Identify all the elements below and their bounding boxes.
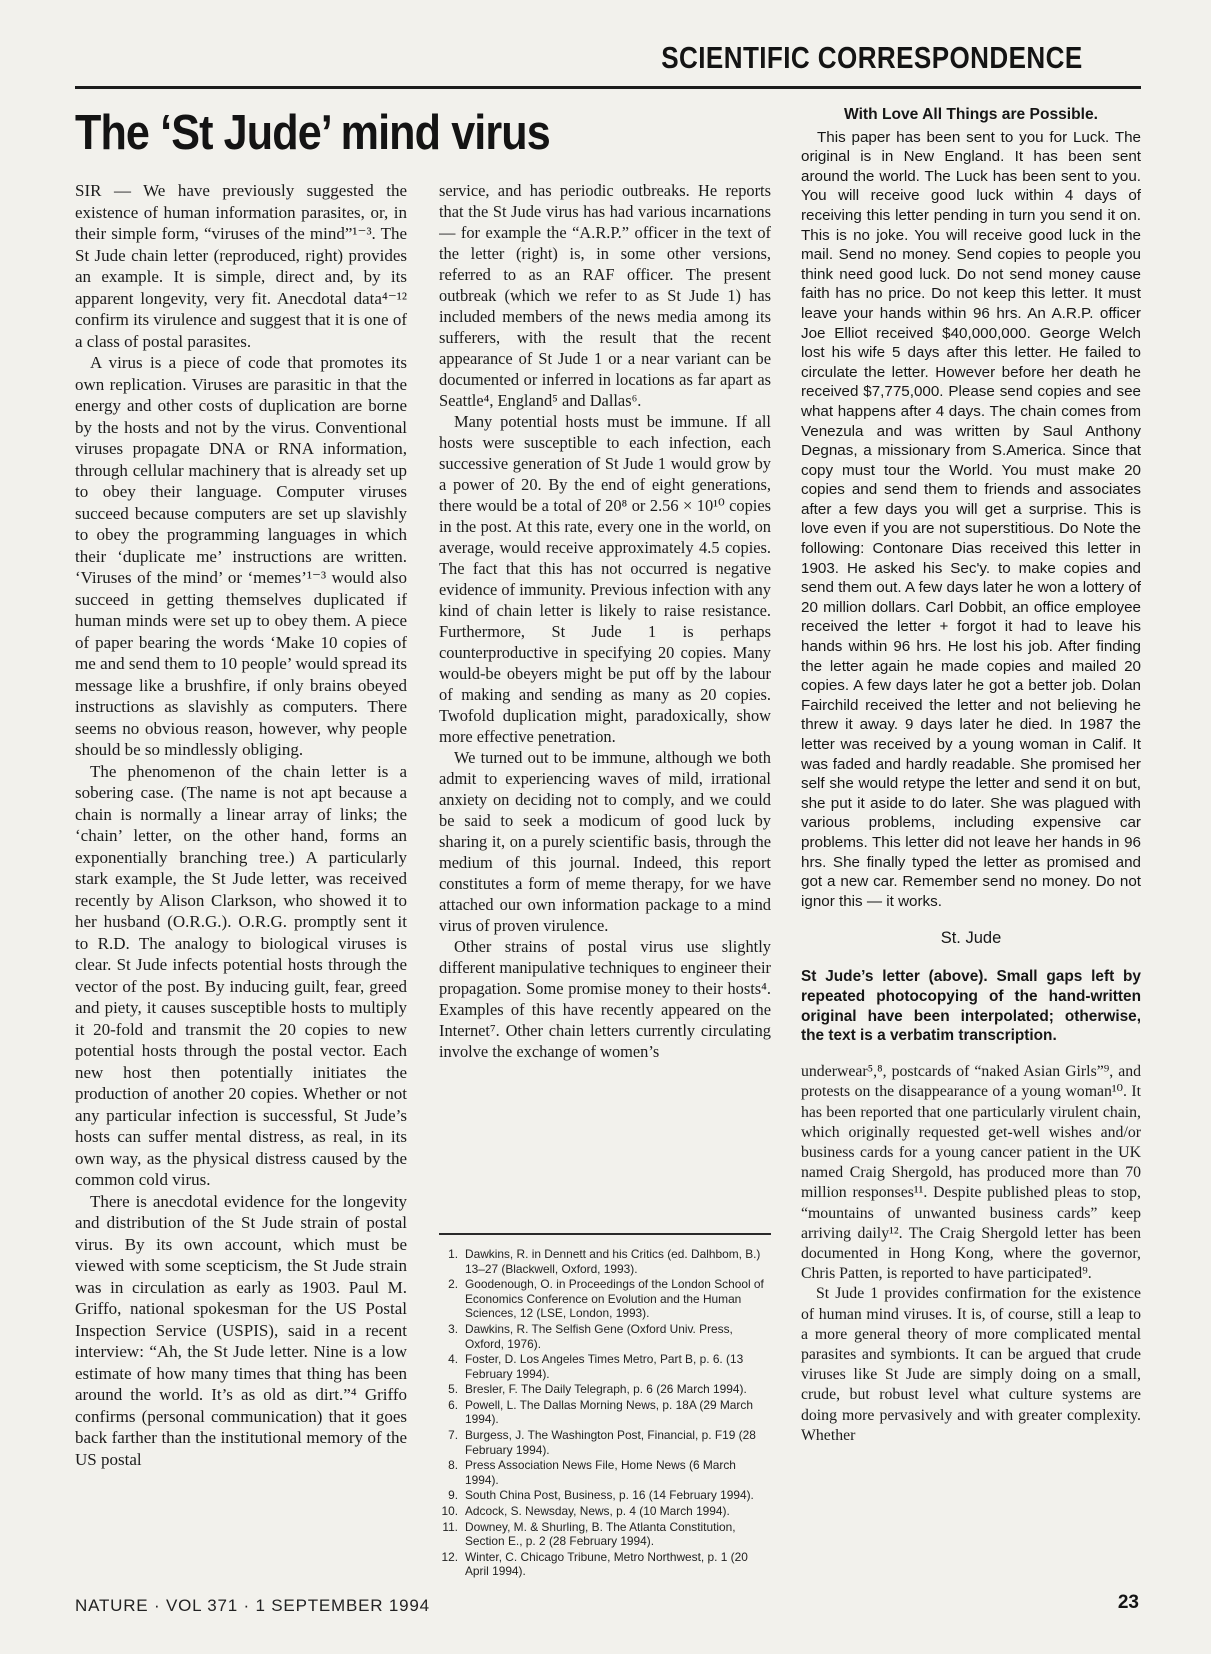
- letter-heading: With Love All Things are Possible.: [801, 105, 1141, 125]
- references-section: 1.Dawkins, R. in Dennett and his Critics…: [439, 1215, 771, 1580]
- reference-number: 6.: [439, 1398, 465, 1427]
- page-number: 23: [1118, 1592, 1139, 1614]
- reference-item: 1.Dawkins, R. in Dennett and his Critics…: [439, 1247, 771, 1276]
- reference-text: Foster, D. Los Angeles Times Metro, Part…: [465, 1352, 771, 1381]
- section-header: SCIENTIFIC CORRESPONDENCE: [662, 40, 1083, 76]
- reference-item: 8.Press Association News File, Home News…: [439, 1458, 771, 1487]
- reference-number: 11.: [439, 1520, 465, 1549]
- reference-item: 2.Goodenough, O. in Proceedings of the L…: [439, 1277, 771, 1321]
- reference-number: 1.: [439, 1247, 465, 1276]
- references-list: 1.Dawkins, R. in Dennett and his Critics…: [439, 1247, 771, 1579]
- column-3-body: underwear⁵,⁸, postcards of “naked Asian …: [801, 1062, 1141, 1446]
- reference-number: 3.: [439, 1322, 465, 1351]
- body-paragraph: underwear⁵,⁸, postcards of “naked Asian …: [801, 1062, 1141, 1284]
- reference-item: 3.Dawkins, R. The Selfish Gene (Oxford U…: [439, 1322, 771, 1351]
- reference-number: 5.: [439, 1382, 465, 1397]
- letter-signature: St. Jude: [801, 929, 1141, 949]
- reference-text: Burgess, J. The Washington Post, Financi…: [465, 1428, 771, 1457]
- reference-number: 2.: [439, 1277, 465, 1321]
- article-left-area: The ‘St Jude’ mind virus SIR — We have p…: [75, 103, 771, 1603]
- reference-text: Downey, M. & Shurling, B. The Atlanta Co…: [465, 1520, 771, 1549]
- body-paragraph: SIR — We have previously suggested the e…: [75, 180, 407, 352]
- reference-text: Dawkins, R. in Dennett and his Critics (…: [465, 1247, 771, 1276]
- reference-item: 9.South China Post, Business, p. 16 (14 …: [439, 1488, 771, 1503]
- column-3: With Love All Things are Possible. This …: [801, 103, 1141, 1603]
- body-paragraph: Many potential hosts must be immune. If …: [439, 411, 771, 747]
- journal-page: SCIENTIFIC CORRESPONDENCE The ‘St Jude’ …: [0, 0, 1211, 1654]
- column-2: service, and has periodic outbreaks. He …: [439, 180, 771, 1580]
- letter-caption: St Jude’s letter (above). Small gaps lef…: [801, 967, 1141, 1046]
- body-paragraph: A virus is a piece of code that promotes…: [75, 352, 407, 761]
- reference-text: Dawkins, R. The Selfish Gene (Oxford Uni…: [465, 1322, 771, 1351]
- letter-body: This paper has been sent to you for Luck…: [801, 128, 1141, 912]
- column-1: SIR — We have previously suggested the e…: [75, 180, 407, 1580]
- reference-item: 11.Downey, M. & Shurling, B. The Atlanta…: [439, 1520, 771, 1549]
- reference-text: Goodenough, O. in Proceedings of the Lon…: [465, 1277, 771, 1321]
- page-content: The ‘St Jude’ mind virus SIR — We have p…: [75, 103, 1141, 1603]
- body-paragraph: Other strains of postal virus use slight…: [439, 936, 771, 1062]
- body-paragraph: The phenomenon of the chain letter is a …: [75, 761, 407, 1191]
- article-columns: SIR — We have previously suggested the e…: [75, 180, 771, 1580]
- reference-number: 4.: [439, 1352, 465, 1381]
- masthead: SCIENTIFIC CORRESPONDENCE: [75, 40, 1141, 76]
- reference-text: Bresler, F. The Daily Telegraph, p. 6 (2…: [465, 1382, 771, 1397]
- reference-item: 5.Bresler, F. The Daily Telegraph, p. 6 …: [439, 1382, 771, 1397]
- reference-number: 12.: [439, 1550, 465, 1579]
- footer-journal-line: NATURE · VOL 371 · 1 SEPTEMBER 1994: [75, 1596, 430, 1616]
- body-paragraph: St Jude 1 provides confirmation for the …: [801, 1284, 1141, 1446]
- reference-text: South China Post, Business, p. 16 (14 Fe…: [465, 1488, 771, 1503]
- article-title: The ‘St Jude’ mind virus: [75, 109, 687, 158]
- reference-number: 7.: [439, 1428, 465, 1457]
- reference-item: 4.Foster, D. Los Angeles Times Metro, Pa…: [439, 1352, 771, 1381]
- reference-text: Winter, C. Chicago Tribune, Metro Northw…: [465, 1550, 771, 1579]
- reference-item: 10.Adcock, S. Newsday, News, p. 4 (10 Ma…: [439, 1504, 771, 1519]
- reference-number: 9.: [439, 1488, 465, 1503]
- header-rule: [75, 86, 1141, 89]
- body-paragraph: There is anecdotal evidence for the long…: [75, 1191, 407, 1471]
- reference-item: 12.Winter, C. Chicago Tribune, Metro Nor…: [439, 1550, 771, 1579]
- references-rule: [439, 1233, 771, 1235]
- reference-number: 8.: [439, 1458, 465, 1487]
- reference-number: 10.: [439, 1504, 465, 1519]
- reference-item: 7.Burgess, J. The Washington Post, Finan…: [439, 1428, 771, 1457]
- chain-letter: With Love All Things are Possible. This …: [801, 105, 1141, 949]
- reference-text: Press Association News File, Home News (…: [465, 1458, 771, 1487]
- reference-text: Adcock, S. Newsday, News, p. 4 (10 March…: [465, 1504, 771, 1519]
- reference-text: Powell, L. The Dallas Morning News, p. 1…: [465, 1398, 771, 1427]
- reference-item: 6.Powell, L. The Dallas Morning News, p.…: [439, 1398, 771, 1427]
- body-paragraph: We turned out to be immune, although we …: [439, 747, 771, 936]
- body-paragraph: service, and has periodic outbreaks. He …: [439, 180, 771, 411]
